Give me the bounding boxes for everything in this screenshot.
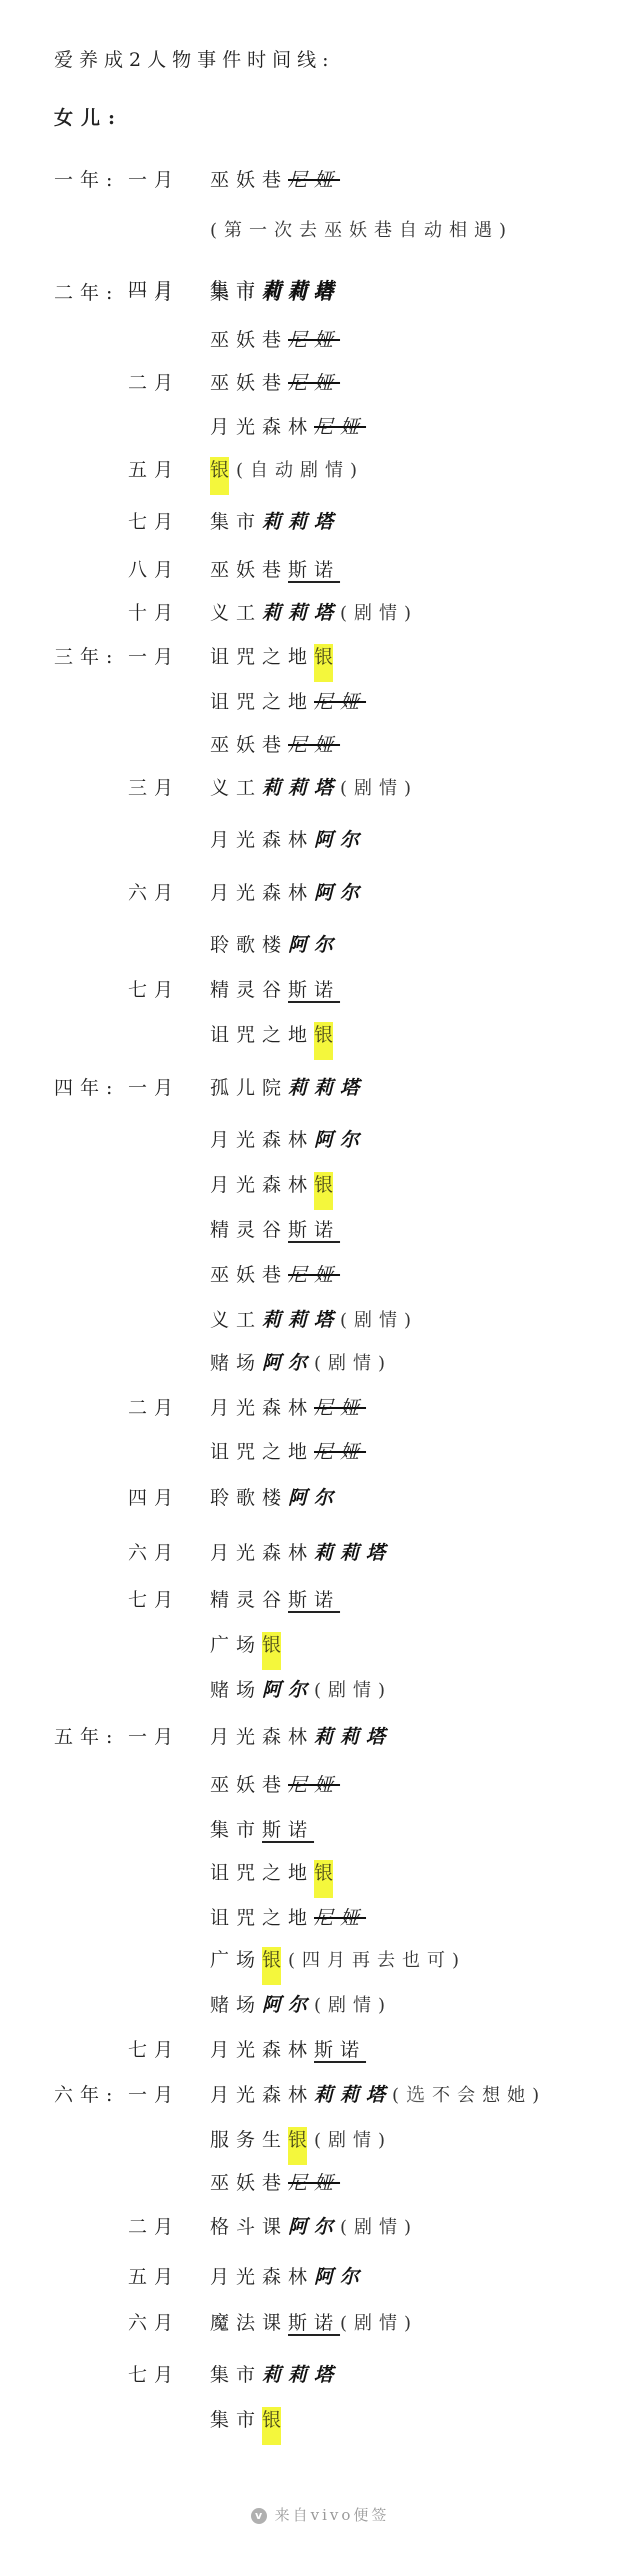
- timeline-event: 集市斯诺: [210, 1815, 314, 1845]
- location-text: 巫妖巷: [210, 169, 288, 191]
- section-heading-daughter: 女儿:: [54, 103, 123, 133]
- location-text: 月光森林: [210, 1129, 314, 1151]
- character-yin-highlight: 银: [262, 1947, 281, 1985]
- location-text: 广场: [210, 1634, 262, 1656]
- character-nia-struck: 尼娅: [288, 1774, 340, 1796]
- location-text: 月光森林: [210, 1542, 314, 1564]
- location-text: 月光森林: [210, 2266, 314, 2288]
- location-text: 服务生: [210, 2129, 288, 2151]
- timeline-event: 义工莉莉塔(剧情): [210, 1305, 418, 1335]
- character-lilita: 莉莉塔: [262, 282, 340, 304]
- timeline-event: 义工莉莉塔(剧情): [210, 598, 418, 628]
- character-snow: 斯诺: [288, 979, 340, 1001]
- month-label: 七月: [128, 2035, 180, 2065]
- location-text: 集市: [210, 282, 262, 304]
- character-nia-struck: 尼娅: [314, 691, 366, 713]
- location-text: 诅咒之地: [210, 691, 314, 713]
- event-note-choice: 选: [406, 2084, 432, 2106]
- character-lilita: 莉莉塔: [314, 1542, 392, 1564]
- location-text: 诅咒之地: [210, 1024, 314, 1046]
- timeline-event: 集市银: [210, 2405, 288, 2435]
- month-label: 七月: [128, 975, 180, 1005]
- character-snow: 斯诺: [288, 2312, 340, 2334]
- location-text: 聆歌楼: [210, 1487, 288, 1509]
- character-yin-highlight: 银: [314, 1022, 333, 1060]
- event-note: (剧情): [340, 2217, 418, 2238]
- location-text: 月光森林: [210, 1726, 314, 1748]
- timeline-event: 广场银(四月再去也可): [210, 1945, 466, 1975]
- character-nia-struck: 尼娅: [288, 1264, 340, 1286]
- character-lilita: 莉莉塔: [314, 1726, 392, 1748]
- location-text: 月光森林: [210, 1174, 314, 1196]
- month-label: 八月: [128, 555, 180, 585]
- timeline-event: 聆歌楼阿尔: [210, 930, 340, 960]
- month-label: 五月: [128, 2262, 180, 2292]
- event-note: (剧情): [340, 603, 418, 624]
- timeline-event: 集市莉莉塔: [210, 2360, 340, 2390]
- month-label: 一月: [128, 1073, 180, 1103]
- character-nia-struck: 尼娅: [288, 169, 340, 191]
- timeline-event: 精灵谷斯诺: [210, 1585, 340, 1615]
- location-text: 义工: [210, 1309, 262, 1331]
- event-note: (剧情): [340, 2313, 418, 2334]
- event-note: (剧情): [314, 1995, 392, 2016]
- timeline-event: 聆歌楼阿尔: [210, 1483, 340, 1513]
- character-yin-highlight: 银: [262, 2407, 281, 2445]
- character-nia-struck: 尼娅: [288, 734, 340, 756]
- location-text: 巫妖巷: [210, 329, 288, 351]
- character-yin-highlight: 银: [314, 644, 333, 682]
- location-text: 巫妖巷: [210, 372, 288, 394]
- character-lilita: 莉莉塔: [288, 1077, 366, 1099]
- timeline-event: 巫妖巷尼娅: [210, 2168, 340, 2198]
- year-label: 一年:: [54, 165, 119, 195]
- timeline-event: 巫妖巷斯诺: [210, 555, 340, 585]
- timeline-event: 月光森林阿尔: [210, 2262, 366, 2292]
- character-lilita: 阿尔: [288, 2216, 340, 2238]
- location-text: 赌场: [210, 1994, 262, 2016]
- timeline-event: 巫妖巷尼娅: [210, 1770, 340, 1800]
- location-text: 集市: [210, 511, 262, 533]
- timeline-event: 诅咒之地银: [210, 1020, 340, 1050]
- month-label: 七月: [128, 2360, 180, 2390]
- event-note: (剧情): [314, 1680, 392, 1701]
- timeline-event: 巫妖巷尼娅: [210, 325, 340, 355]
- timeline-event: 诅咒之地银: [210, 642, 340, 672]
- timeline-event: 月光森林莉莉塔(选不会想她): [210, 2080, 546, 2110]
- month-label: 一月: [128, 278, 180, 308]
- location-text: 巫妖巷: [210, 1774, 288, 1796]
- timeline-event: 月光森林银: [210, 1170, 340, 1200]
- character-lilita: 阿尔: [314, 829, 366, 851]
- location-text: 精灵谷: [210, 1589, 288, 1611]
- month-label: 三月: [128, 773, 180, 803]
- timeline-event: 赌场阿尔(剧情): [210, 1675, 392, 1705]
- location-text: 诅咒之地: [210, 1441, 314, 1463]
- footer-text: 来自vivo便签: [275, 2506, 390, 2524]
- timeline-event: 月光森林尼娅: [210, 412, 366, 442]
- character-lilita: 莉莉塔: [314, 2084, 392, 2106]
- location-text: 巫妖巷: [210, 1264, 288, 1286]
- timeline-event: 服务生银(剧情): [210, 2125, 392, 2155]
- character-nia-struck: 尼娅: [288, 329, 340, 351]
- timeline-event: 巫妖巷尼娅: [210, 1260, 340, 1290]
- character-lilita: 莉莉塔: [262, 602, 340, 624]
- event-note: (第一次去巫妖巷自动相遇): [210, 220, 513, 241]
- location-text: 月光森林: [210, 882, 314, 904]
- location-text: 赌场: [210, 1352, 262, 1374]
- timeline-event: 月光森林斯诺: [210, 2035, 366, 2065]
- month-label: 六月: [128, 2308, 180, 2338]
- location-text: 巫妖巷: [210, 2172, 288, 2194]
- month-label: 六月: [128, 1538, 180, 1568]
- timeline-event: 集市莉莉塔: [210, 507, 340, 537]
- location-text: 格斗课: [210, 2216, 288, 2238]
- timeline-event: 赌场阿尔(剧情): [210, 1348, 392, 1378]
- vivo-logo-icon: v: [251, 2508, 267, 2524]
- month-label: 二月: [128, 1393, 180, 1423]
- location-text: 孤儿院: [210, 1077, 288, 1099]
- location-text: 集市: [210, 2364, 262, 2386]
- character-lilita: 阿尔: [288, 934, 340, 956]
- character-yin-highlight: 银: [314, 1860, 333, 1898]
- location-text: 精灵谷: [210, 979, 288, 1001]
- timeline-event: 精灵谷斯诺: [210, 1215, 340, 1245]
- month-label: 一月: [128, 1722, 180, 1752]
- footer-signature: v来自vivo便签: [0, 2504, 640, 2525]
- timeline-event: 诅咒之地尼娅: [210, 687, 366, 717]
- timeline-event: 诅咒之地尼娅: [210, 1903, 366, 1933]
- timeline-event: 格斗课阿尔(剧情): [210, 2212, 418, 2242]
- timeline-event: 魔法课斯诺(剧情): [210, 2308, 418, 2338]
- character-lilita: 莉莉塔: [262, 1309, 340, 1331]
- location-text: 巫妖巷: [210, 734, 288, 756]
- location-text: 广场: [210, 1949, 262, 1971]
- character-lilita: 阿尔: [262, 1679, 314, 1701]
- character-snow: 斯诺: [288, 559, 340, 581]
- event-note: (剧情): [340, 1310, 418, 1331]
- character-yin-highlight: 银: [210, 457, 229, 495]
- location-text: 集市: [210, 2409, 262, 2431]
- month-label: 七月: [128, 507, 180, 537]
- character-lilita: 莉莉塔: [262, 777, 340, 799]
- character-lilita: 莉莉塔: [262, 2364, 340, 2386]
- month-label: 一月: [128, 165, 180, 195]
- year-label: 二年:: [54, 278, 119, 308]
- timeline-event: 孤儿院莉莉塔: [210, 1073, 366, 1103]
- character-lilita: 阿尔: [262, 1352, 314, 1374]
- event-note: (四月再去也可): [288, 1950, 466, 1971]
- location-text: 月光森林: [210, 2039, 314, 2061]
- timeline-event: 义工莉莉塔(剧情): [210, 773, 418, 803]
- character-nia-struck: 尼娅: [314, 1397, 366, 1419]
- character-lilita: 阿尔: [314, 2266, 366, 2288]
- timeline-event: 月光森林尼娅: [210, 1393, 366, 1423]
- character-snow: 斯诺: [314, 2039, 366, 2061]
- timeline-event: 精灵谷斯诺: [210, 975, 340, 1005]
- character-yin-highlight: 银: [262, 1632, 281, 1670]
- event-note: (剧情): [314, 1353, 392, 1374]
- timeline-event: 巫妖巷尼娅: [210, 368, 340, 398]
- location-text: 月光森林: [210, 2084, 314, 2106]
- timeline-event: 诅咒之地银: [210, 1858, 340, 1888]
- character-lilita: 阿尔: [288, 1487, 340, 1509]
- location-text: 义工: [210, 602, 262, 624]
- location-text: 诅咒之地: [210, 1862, 314, 1884]
- location-text: 巫妖巷: [210, 559, 288, 581]
- character-lilita: 阿尔: [314, 882, 366, 904]
- month-label: 二月: [128, 2212, 180, 2242]
- character-nia-struck: 尼娅: [314, 416, 366, 438]
- location-text: 月光森林: [210, 416, 314, 438]
- event-note: (自动剧情): [236, 460, 364, 481]
- month-label: 二月: [128, 368, 180, 398]
- location-text: 月光森林: [210, 1397, 314, 1419]
- character-lilita: 阿尔: [314, 1129, 366, 1151]
- page-title: 爱养成2人物事件时间线:: [54, 45, 335, 75]
- character-nia-struck: 尼娅: [314, 1907, 366, 1929]
- timeline-event: 集市莉莉塔: [210, 278, 340, 308]
- timeline-event: 银(自动剧情): [210, 455, 364, 485]
- year-label: 六年:: [54, 2080, 119, 2110]
- timeline-event: 赌场阿尔(剧情): [210, 1990, 392, 2020]
- event-note: (剧情): [340, 778, 418, 799]
- character-snow: 斯诺: [288, 1219, 340, 1241]
- timeline-event: 月光森林莉莉塔: [210, 1538, 392, 1568]
- character-yin-highlight: 银: [288, 2127, 307, 2165]
- timeline-event: 诅咒之地尼娅: [210, 1437, 366, 1467]
- location-text: 集市: [210, 1819, 262, 1841]
- location-text: 赌场: [210, 1679, 262, 1701]
- timeline-event: 月光森林莉莉塔: [210, 1722, 392, 1752]
- character-snow: 斯诺: [288, 1589, 340, 1611]
- timeline-event: 巫妖巷尼娅: [210, 730, 340, 760]
- timeline-event: 巫妖巷尼娅: [210, 165, 340, 195]
- timeline-event: 月光森林阿尔: [210, 1125, 366, 1155]
- year-label: 五年:: [54, 1722, 119, 1752]
- character-nia-struck: 尼娅: [314, 1441, 366, 1463]
- timeline-event: 月光森林阿尔: [210, 878, 366, 908]
- month-label: 六月: [128, 878, 180, 908]
- character-yin-highlight: 银: [314, 1172, 333, 1210]
- year-label: 四年:: [54, 1073, 119, 1103]
- month-label: 五月: [128, 455, 180, 485]
- location-text: 诅咒之地: [210, 1907, 314, 1929]
- event-note: (: [392, 2085, 406, 2106]
- character-nia-struck: 尼娅: [288, 2172, 340, 2194]
- timeline-event: 月光森林阿尔: [210, 825, 366, 855]
- character-lilita: 阿尔: [262, 1994, 314, 2016]
- location-text: 魔法课: [210, 2312, 288, 2334]
- character-snow: 斯诺: [262, 1819, 314, 1841]
- location-text: 精灵谷: [210, 1219, 288, 1241]
- month-label: 十月: [128, 598, 180, 628]
- event-note: (剧情): [314, 2130, 392, 2151]
- month-label: 一月: [128, 642, 180, 672]
- event-note: 不会想她): [432, 2085, 546, 2106]
- location-text: 月光森林: [210, 829, 314, 851]
- year-label: 三年:: [54, 642, 119, 672]
- location-text: 义工: [210, 777, 262, 799]
- character-nia-struck: 尼娅: [288, 372, 340, 394]
- month-label: 七月: [128, 1585, 180, 1615]
- timeline-event: 广场银: [210, 1630, 288, 1660]
- location-text: 聆歌楼: [210, 934, 288, 956]
- character-lilita: 莉莉塔: [262, 511, 340, 533]
- month-label: 四月: [128, 1483, 180, 1513]
- month-label: 一月: [128, 2080, 180, 2110]
- timeline-event: (第一次去巫妖巷自动相遇): [210, 215, 513, 245]
- location-text: 诅咒之地: [210, 646, 314, 668]
